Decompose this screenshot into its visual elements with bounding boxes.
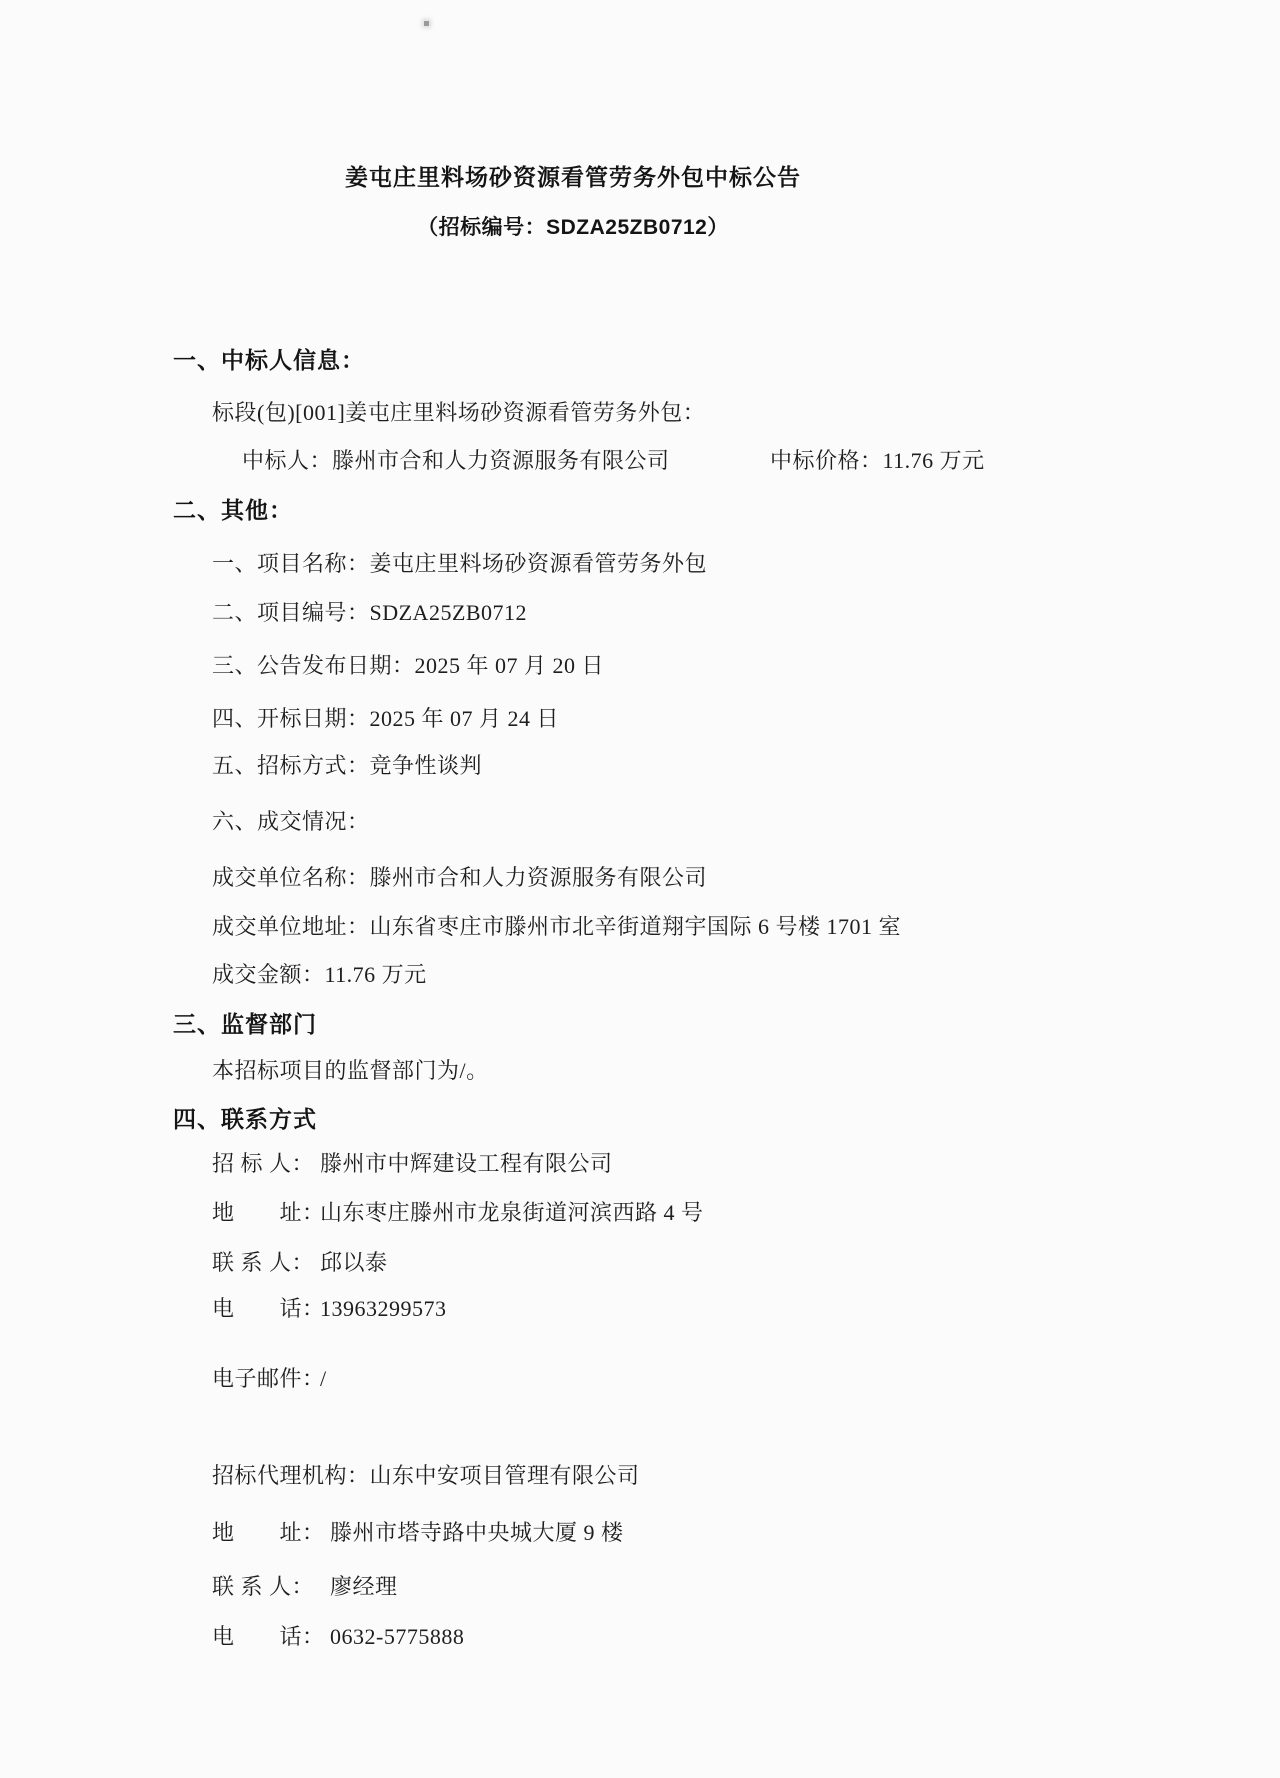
winner-line: 中标人：滕州市合和人力资源服务有限公司 — [242, 447, 670, 475]
document-title: 姜屯庄里料场砂资源看管劳务外包中标公告 — [0, 163, 1146, 192]
section-supervision-heading: 三、监督部门 — [173, 1010, 317, 1039]
contact-value: 滕州市塔寺路中央城大厦 9 楼 — [330, 1520, 624, 1545]
section-contact-heading: 四、联系方式 — [173, 1105, 317, 1134]
contact-label: 招 标 人： — [212, 1150, 320, 1178]
tenderer-contact-person-row: 联 系 人：邱以泰 — [212, 1249, 388, 1277]
publish-date-line: 三、公告发布日期：2025 年 07 月 20 日 — [212, 652, 604, 680]
bid-opening-date-line: 四、开标日期：2025 年 07 月 24 日 — [212, 705, 559, 733]
deal-amount-line: 成交金额：11.76 万元 — [212, 961, 427, 989]
contact-value: 山东枣庄滕州市龙泉街道河滨西路 4 号 — [320, 1200, 704, 1225]
contact-value: 0632-5775888 — [330, 1624, 464, 1649]
scan-speck — [424, 21, 429, 26]
tender-method-line: 五、招标方式：竞争性谈判 — [212, 752, 482, 780]
supervision-body-line: 本招标项目的监督部门为/。 — [212, 1057, 489, 1085]
tenderer-address-row: 地 址：山东枣庄滕州市龙泉街道河滨西路 4 号 — [212, 1199, 704, 1227]
section-winner-info-heading: 一、中标人信息： — [173, 346, 365, 375]
contact-label: 电 话： — [212, 1295, 320, 1323]
deal-company-line: 成交单位名称：滕州市合和人力资源服务有限公司 — [212, 864, 707, 892]
contact-value: 13963299573 — [320, 1296, 447, 1321]
winner-price: 中标价格：11.76 万元 — [770, 447, 985, 475]
contact-value: 廖经理 — [330, 1574, 398, 1599]
project-number-line: 二、项目编号：SDZA25ZB0712 — [212, 599, 527, 627]
tender-number-subtitle: （招标编号：SDZA25ZB0712） — [0, 215, 1146, 241]
contact-value: / — [320, 1366, 327, 1391]
section-other-heading: 二、其他： — [173, 496, 293, 525]
agency-intro-line: 招标代理机构：山东中安项目管理有限公司 — [212, 1462, 640, 1490]
contact-value: 邱以泰 — [320, 1250, 388, 1275]
contact-label: 联 系 人： — [212, 1573, 320, 1601]
lot-line: 标段(包)[001]姜屯庄里料场砂资源看管劳务外包： — [212, 399, 705, 427]
agency-contact-person-row: 联 系 人：廖经理 — [212, 1573, 398, 1601]
project-name-line: 一、项目名称：姜屯庄里料场砂资源看管劳务外包 — [212, 550, 707, 578]
agency-phone-row: 电 话：0632-5775888 — [212, 1623, 464, 1651]
tenderer-email-row: 电子邮件：/ — [212, 1365, 327, 1393]
contact-label: 地 址： — [212, 1199, 320, 1227]
agency-address-row: 地 址：滕州市塔寺路中央城大厦 9 楼 — [212, 1519, 624, 1547]
tenderer-phone-row: 电 话：13963299573 — [212, 1295, 447, 1323]
contact-label: 电子邮件： — [212, 1365, 320, 1393]
deal-status-line: 六、成交情况： — [212, 808, 370, 836]
contact-label: 地 址： — [212, 1519, 320, 1547]
deal-address-line: 成交单位地址：山东省枣庄市滕州市北辛街道翔宇国际 6 号楼 1701 室 — [212, 913, 901, 941]
contact-value: 滕州市中辉建设工程有限公司 — [320, 1151, 613, 1176]
tenderer-name-row: 招 标 人：滕州市中辉建设工程有限公司 — [212, 1150, 613, 1178]
contact-label: 联 系 人： — [212, 1249, 320, 1277]
announcement-document: 姜屯庄里料场砂资源看管劳务外包中标公告 （招标编号：SDZA25ZB0712） … — [0, 0, 1280, 1778]
contact-label: 电 话： — [212, 1623, 320, 1651]
